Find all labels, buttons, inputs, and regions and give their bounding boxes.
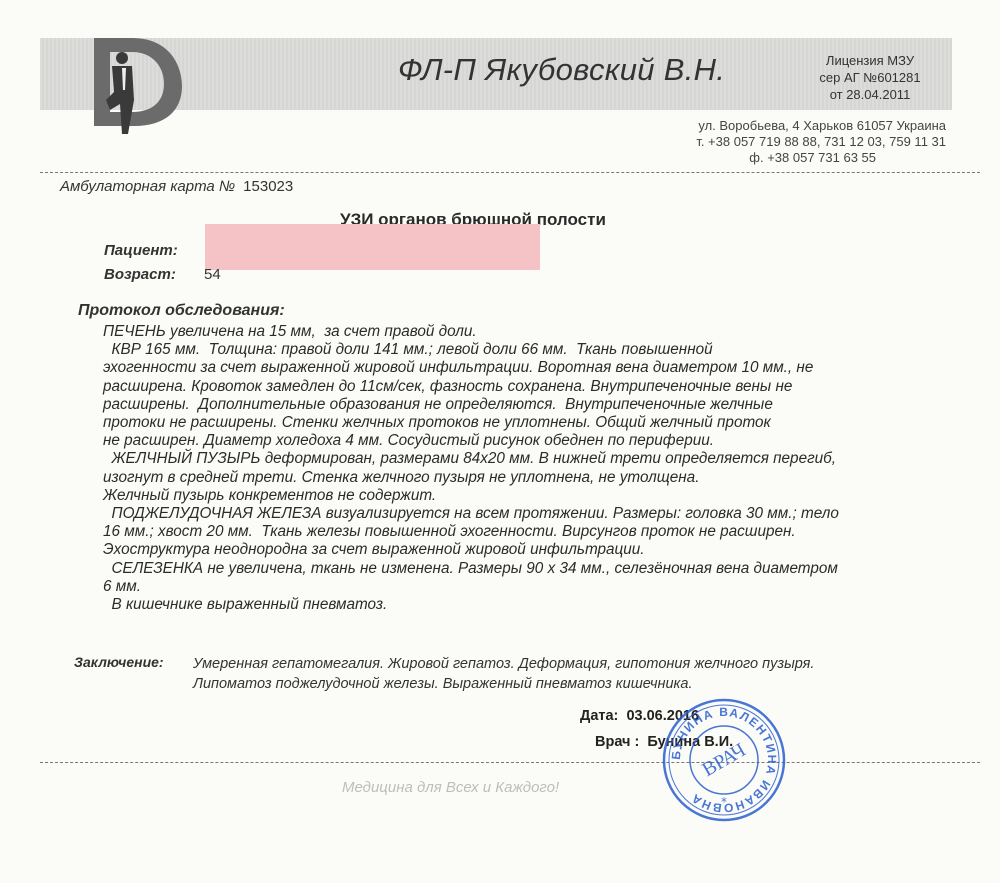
protocol-line: Желчный пузырь конкрементов не содержит.	[103, 487, 933, 505]
svg-text:ВРАЧ: ВРАЧ	[698, 739, 749, 781]
age-label: Возраст:	[104, 266, 176, 283]
protocol-body: ПЕЧЕНЬ увеличена на 15 мм, за счет право…	[103, 323, 933, 614]
protocol-line: изогнут в средней трети. Стенка желчного…	[103, 469, 933, 487]
protocol-line: В кишечнике выраженный пневматоз.	[103, 596, 933, 614]
card-label: Амбулаторная карта №	[60, 178, 235, 195]
protocol-line: 6 мм.	[103, 578, 933, 596]
conclusion-label: Заключение:	[74, 654, 164, 670]
protocol-line: КВР 165 мм. Толщина: правой доли 141 мм.…	[103, 341, 933, 359]
svg-text:*: *	[721, 795, 727, 809]
redacted-patient-name	[205, 224, 540, 270]
fax-line: ф. +38 057 731 63 55	[640, 150, 946, 166]
contact-address: ул. Воробьева, 4 Харьков 61057 Украина т…	[640, 118, 946, 166]
doctor-stamp-icon: БУНИНА ВАЛЕНТИНА ИВАНОВНА ВРАЧ *	[660, 696, 788, 824]
protocol-line: ПОДЖЕЛУДОЧНАЯ ЖЕЛЕЗА визуализируется на …	[103, 505, 933, 523]
date-label: Дата:	[580, 708, 618, 724]
protocol-line: не расширен. Диаметр холедоха 4 мм. Сосу…	[103, 432, 933, 450]
protocol-line: ЖЕЛЧНЫЙ ПУЗЫРЬ деформирован, размерами 8…	[103, 450, 933, 468]
patient-label: Пациент:	[104, 242, 178, 259]
protocol-line: расширены. Дополнительные образования не…	[103, 396, 933, 414]
license-line: сер АГ №601281	[805, 69, 935, 86]
protocol-line: СЕЛЕЗЕНКА не увеличена, ткань не изменен…	[103, 560, 933, 578]
conclusion-text: Умеренная гепатомегалия. Жировой гепатоз…	[193, 654, 814, 694]
protocol-line: 16 мм.; хвост 20 мм. Ткань железы повыше…	[103, 523, 933, 541]
protocol-line: эхогенности за счет выраженной жировой и…	[103, 359, 933, 377]
protocol-line: протоки не расширены. Стенки желчных про…	[103, 414, 933, 432]
org-name: ФЛ-П Якубовский В.Н.	[398, 52, 725, 88]
protocol-line: расширена. Кровоток замедлен до 11см/сек…	[103, 378, 933, 396]
license-line: Лицензия МЗУ	[805, 52, 935, 69]
logo-icon	[82, 30, 192, 140]
age-value: 54	[204, 266, 221, 283]
footer-slogan: Медицина для Всех и Каждого!	[342, 779, 559, 796]
card-value: 153023	[243, 178, 293, 195]
license-info: Лицензия МЗУ сер АГ №601281 от 28.04.201…	[805, 52, 935, 103]
phone-line: т. +38 057 719 88 88, 731 12 03, 759 11 …	[640, 134, 946, 150]
license-line: от 28.04.2011	[805, 86, 935, 103]
card-number: Амбулаторная карта №153023	[60, 178, 293, 195]
protocol-heading: Протокол обследования:	[78, 302, 285, 320]
conclusion-line: Умеренная гепатомегалия. Жировой гепатоз…	[193, 654, 814, 674]
address-line: ул. Воробьева, 4 Харьков 61057 Украина	[640, 118, 946, 134]
protocol-line: ПЕЧЕНЬ увеличена на 15 мм, за счет право…	[103, 323, 933, 341]
conclusion-line: Липоматоз поджелудочной железы. Выраженн…	[193, 674, 814, 694]
divider-bottom	[40, 762, 980, 763]
doctor-label: Врач :	[595, 734, 639, 750]
divider-top	[40, 172, 980, 173]
protocol-line: Эхоструктура неоднородна за счет выражен…	[103, 541, 933, 559]
